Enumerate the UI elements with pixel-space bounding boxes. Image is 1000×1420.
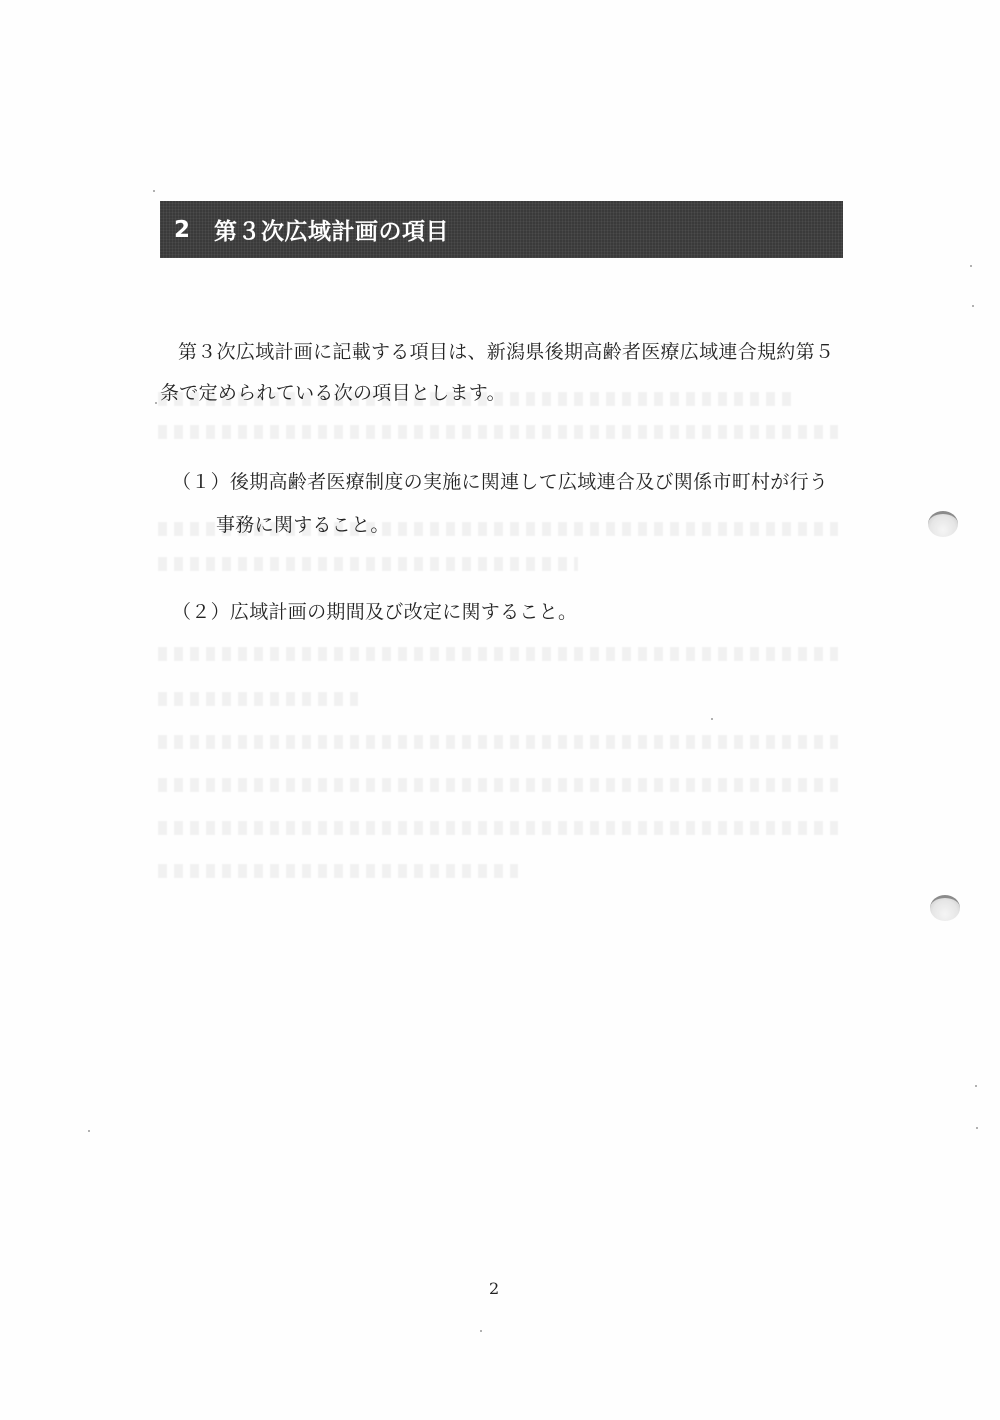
bleed-through-line <box>158 557 578 571</box>
intro-line-1: 第３次広域計画に記載する項目は、新潟県後期高齢者医療広域連合規約第５ <box>178 337 834 364</box>
list-item-1: （１）後期高齢者医療制度の実施に関連して広域連合及び関係市町村が行う <box>172 467 828 494</box>
punch-hole <box>928 511 958 537</box>
list-item-2: （２）広域計画の期間及び改定に関すること。 <box>172 597 577 624</box>
bleed-through-line <box>158 821 838 835</box>
document-page: 2 第３次広域計画の項目 第３次広域計画に記載する項目は、新潟県後期高齢者医療広… <box>0 0 1000 1420</box>
punch-hole <box>930 895 960 921</box>
bleed-through-line <box>158 425 838 439</box>
scan-speck <box>972 305 974 307</box>
scan-speck <box>480 1330 482 1332</box>
scan-speck <box>975 1085 977 1087</box>
section-number: 2 <box>174 217 214 243</box>
page-number: 2 <box>489 1279 499 1298</box>
scan-speck <box>88 1130 90 1132</box>
list-item-1-continuation: 事務に関すること。 <box>216 510 390 537</box>
scan-speck <box>153 190 155 192</box>
scan-speck <box>970 265 972 267</box>
scan-speck <box>711 718 713 720</box>
bleed-through-line <box>158 778 838 792</box>
intro-line-2: 条で定められている次の項目とします。 <box>160 378 506 405</box>
list-item-text: 広域計画の期間及び改定に関すること。 <box>230 601 577 623</box>
bleed-through-line <box>158 647 838 661</box>
scan-speck <box>976 1127 978 1129</box>
list-item-marker: （２） <box>172 601 230 623</box>
section-header: 2 第３次広域計画の項目 <box>160 201 843 258</box>
scan-speck <box>155 402 157 404</box>
section-title: 第３次広域計画の項目 <box>214 213 449 246</box>
bleed-through-line <box>158 692 358 706</box>
bleed-through-line <box>158 735 838 749</box>
list-item-marker: （１） <box>172 471 230 493</box>
bleed-through-line <box>158 864 518 878</box>
list-item-text: 後期高齢者医療制度の実施に関連して広域連合及び関係市町村が行う <box>230 471 828 493</box>
